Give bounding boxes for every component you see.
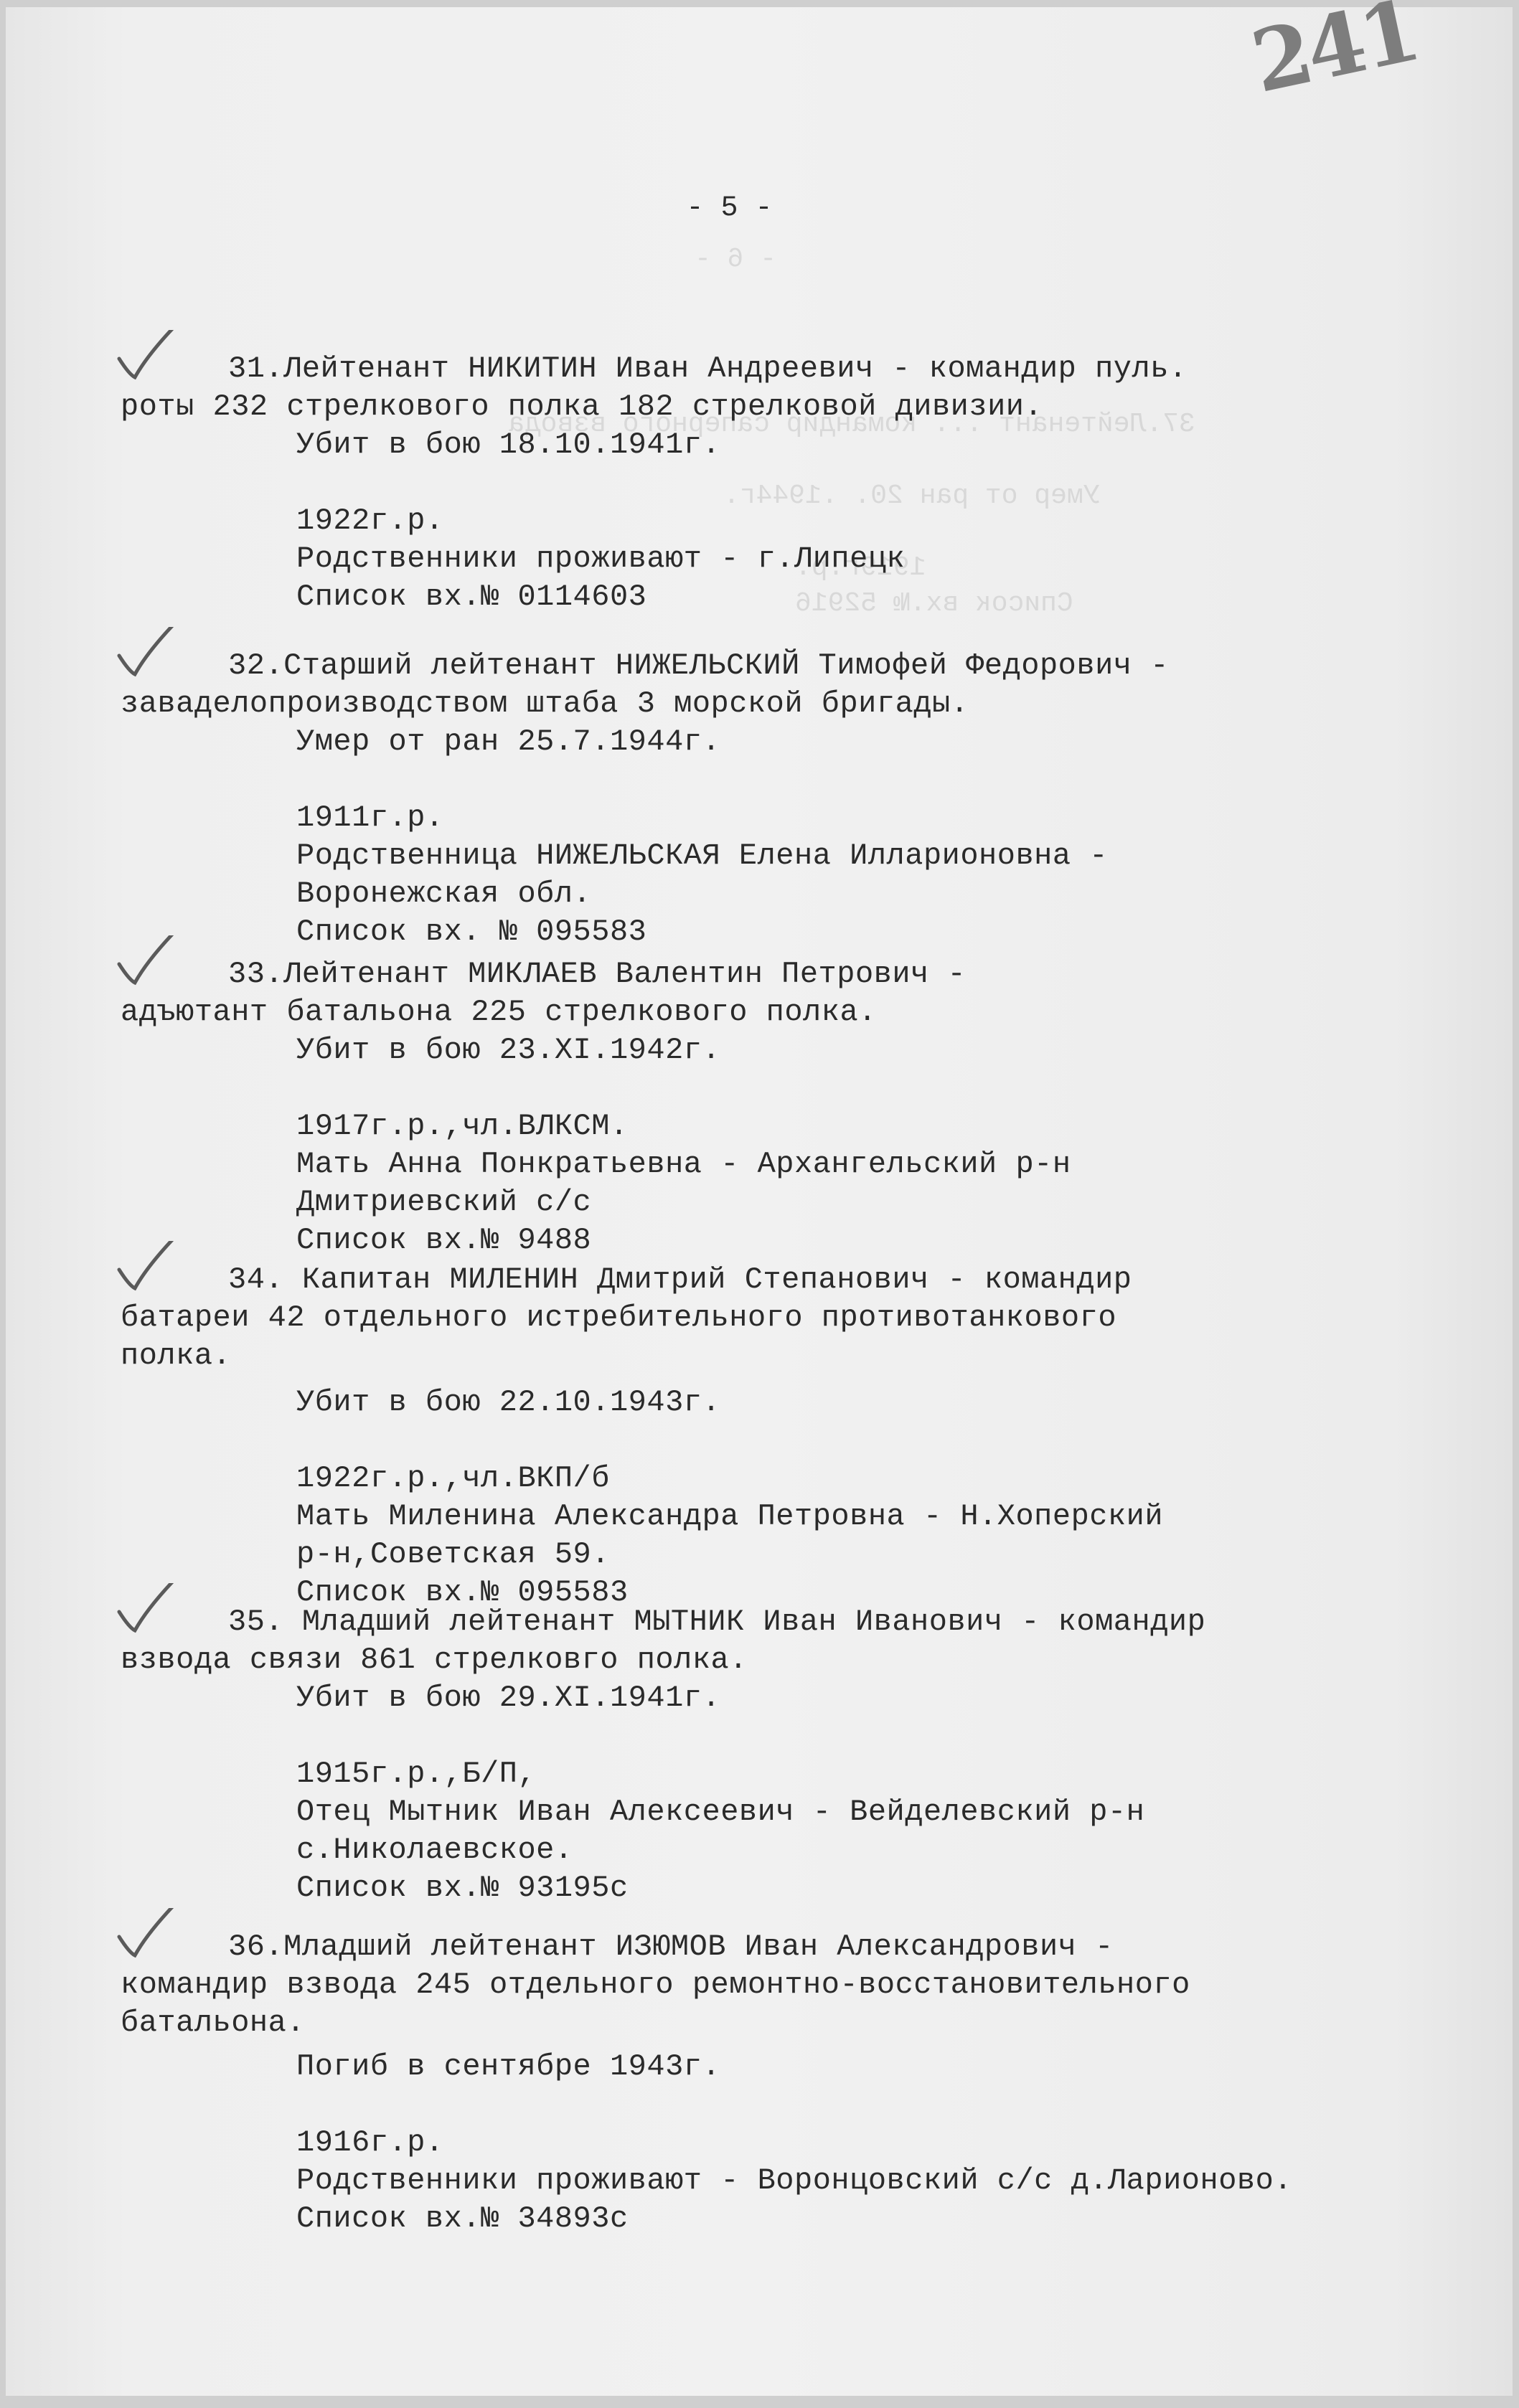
entry-address: р-н,Советская 59. xyxy=(121,1536,1448,1574)
entry-fate: Убит в бою 18.10.1941г. xyxy=(121,426,1448,464)
entry-birth-year: 1917г.р.,чл.ВЛКСМ. xyxy=(121,1108,1448,1146)
entry-heading: 31.Лейтенант НИКИТИН Иван Андреевич - ко… xyxy=(121,350,1448,388)
entry-continuation: батареи 42 отдельного истребительного пр… xyxy=(121,1299,1448,1337)
list-entry-36: 36.Младший лейтенант ИЗЮМОВ Иван Алексан… xyxy=(121,1928,1448,2238)
entry-list-number: Список вх.№ 34893с xyxy=(121,2200,1448,2238)
entry-birth-year: 1911г.р. xyxy=(121,799,1448,837)
entry-continuation: батальона. xyxy=(121,2004,1448,2042)
entry-relatives: Мать Анна Понкратьевна - Архангельский р… xyxy=(121,1146,1448,1184)
entry-continuation: адъютант батальона 225 стрелкового полка… xyxy=(121,993,1448,1031)
entry-address: с.Николаевское. xyxy=(121,1831,1448,1869)
entry-fate: Умер от ран 25.7.1944г. xyxy=(121,723,1448,761)
entry-relatives: Родственники проживают - Воронцовский с/… xyxy=(121,2162,1448,2200)
entry-birth-year: 1922г.р.,чл.ВКП/б xyxy=(121,1460,1448,1498)
list-entry-35: 35. Младший лейтенант МЫТНИК Иван Иванов… xyxy=(121,1603,1448,1907)
list-entry-31: 31.Лейтенант НИКИТИН Иван Андреевич - ко… xyxy=(121,350,1448,616)
entry-fate: Убит в бою 22.10.1943г. xyxy=(121,1384,1448,1422)
checkmark-icon xyxy=(113,1908,192,1973)
entry-continuation: заваделопроизводством штаба 3 морской бр… xyxy=(121,685,1448,723)
entry-heading: 33.Лейтенант МИКЛАЕВ Валентин Петрович - xyxy=(121,955,1448,993)
entry-heading: 32.Старший лейтенант НИЖЕЛЬСКИЙ Тимофей … xyxy=(121,647,1448,685)
entry-fate: Убит в бою 29.XI.1941г. xyxy=(121,1679,1448,1717)
entry-birth-year: 1916г.р. xyxy=(121,2124,1448,2162)
archive-sheet-number: 241 xyxy=(1243,0,1424,112)
entry-relatives: Родственница НИЖЕЛЬСКАЯ Елена Илларионов… xyxy=(121,837,1448,875)
bleed-through-page-number: - 6 - xyxy=(695,244,776,275)
entry-relatives: Отец Мытник Иван Алексеевич - Вейделевск… xyxy=(121,1793,1448,1831)
entry-continuation: полка. xyxy=(121,1337,1448,1375)
list-entry-32: 32.Старший лейтенант НИЖЕЛЬСКИЙ Тимофей … xyxy=(121,647,1448,951)
document-page: - 6 - 37.Лейтенант ... командир саперног… xyxy=(6,7,1513,2396)
entry-heading: 34. Капитан МИЛЕНИН Дмитрий Степанович -… xyxy=(121,1261,1448,1299)
entry-fate: Погиб в сентябре 1943г. xyxy=(121,2048,1448,2086)
checkmark-icon xyxy=(113,1241,192,1305)
entry-list-number: Список вх. № 095583 xyxy=(121,913,1448,951)
checkmark-icon xyxy=(113,627,192,691)
entry-continuation: командир взвода 245 отдельного ремонтно-… xyxy=(121,1966,1448,2004)
checkmark-icon xyxy=(113,935,192,1000)
entry-relatives: Мать Миленина Александра Петровна - Н.Хо… xyxy=(121,1498,1448,1536)
entry-list-number: Список вх.№ 93195с xyxy=(121,1869,1448,1907)
entry-address: Дмитриевский с/с xyxy=(121,1184,1448,1222)
list-entry-34: 34. Капитан МИЛЕНИН Дмитрий Степанович -… xyxy=(121,1261,1448,1612)
page-number: - 5 - xyxy=(6,192,1519,225)
entry-relatives: Родственники проживают - г.Липецк xyxy=(121,540,1448,578)
list-entry-33: 33.Лейтенант МИКЛАЕВ Валентин Петрович -… xyxy=(121,955,1448,1260)
entry-address: Воронежская обл. xyxy=(121,875,1448,913)
entry-birth-year: 1922г.р. xyxy=(121,502,1448,540)
entry-list-number: Список вх.№ 9488 xyxy=(121,1222,1448,1260)
entry-continuation: взвода связи 861 стрелковго полка. xyxy=(121,1641,1448,1679)
entry-heading: 35. Младший лейтенант МЫТНИК Иван Иванов… xyxy=(121,1603,1448,1641)
entry-fate: Убит в бою 23.XI.1942г. xyxy=(121,1031,1448,1070)
checkmark-icon xyxy=(113,330,192,395)
checkmark-icon xyxy=(113,1583,192,1648)
entry-continuation: роты 232 стрелкового полка 182 стрелково… xyxy=(121,388,1448,426)
entry-heading: 36.Младший лейтенант ИЗЮМОВ Иван Алексан… xyxy=(121,1928,1448,1966)
entry-list-number: Список вх.№ 0114603 xyxy=(121,578,1448,616)
entry-birth-year: 1915г.р.,Б/П, xyxy=(121,1755,1448,1793)
